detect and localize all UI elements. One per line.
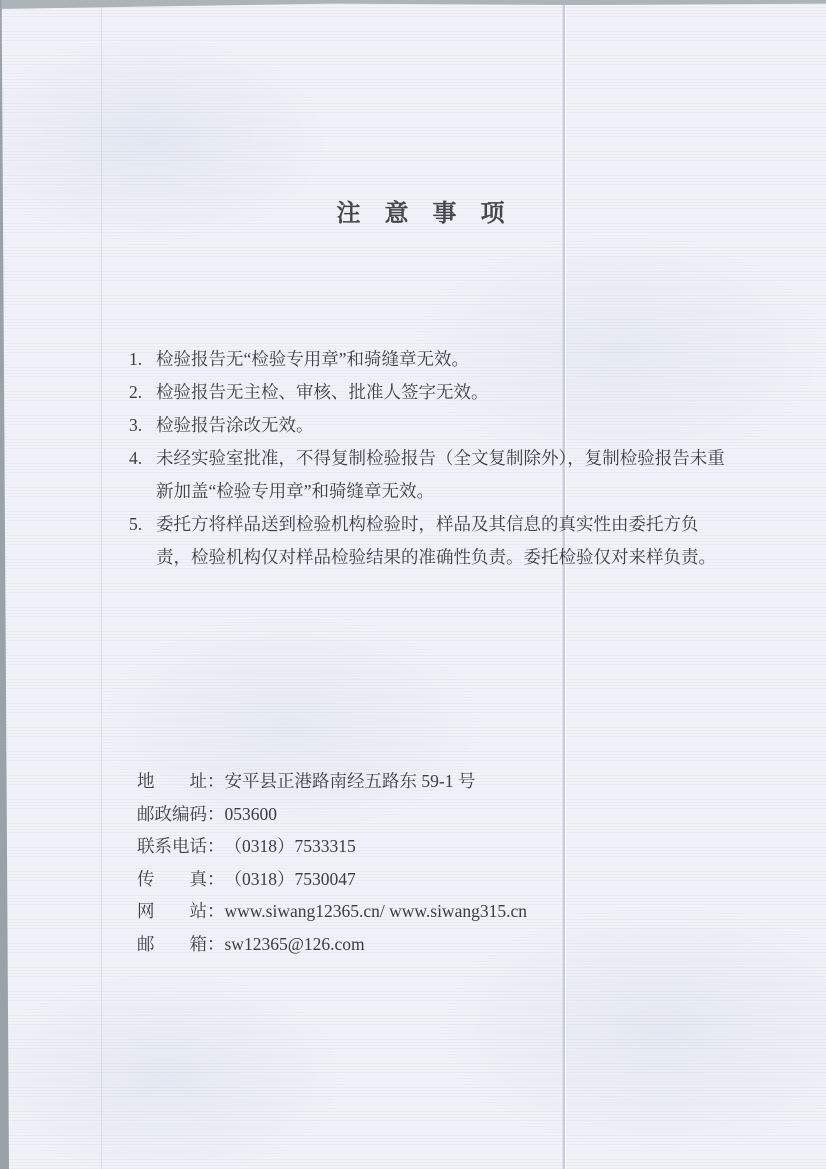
contact-value: （0318）7533315: [225, 836, 356, 856]
note-item: 4. 未经实验室批准，不得复制检验报告（全文复制除外），复制检验报告未重新加盖“…: [129, 442, 729, 508]
page-title: 注 意 事 项: [0, 193, 826, 228]
contact-row-fax: 传 真：（0318）7530047: [137, 868, 607, 890]
contact-value: 053600: [225, 804, 278, 824]
note-item: 5. 委托方将样品送到检验机构检验时，样品及其信息的真实性由委托方负责，检验机构…: [129, 508, 729, 574]
note-number: 1.: [129, 343, 156, 376]
note-number: 5.: [129, 508, 156, 541]
contact-value: www.siwang12365.cn/ www.siwang315.cn: [225, 901, 527, 921]
note-item: 3. 检验报告涂改无效。: [129, 409, 729, 442]
contact-label: 邮政编码：: [137, 803, 225, 825]
contact-label: 传 真：: [137, 868, 225, 890]
contact-value: sw12365@126.com: [225, 934, 365, 954]
fold-line-left: [101, 0, 102, 1169]
contact-row-website: 网 站：www.siwang12365.cn/ www.siwang315.cn: [137, 900, 607, 922]
note-item: 2. 检验报告无主检、审核、批准人签字无效。: [129, 376, 729, 409]
contact-label: 地 址：: [137, 770, 225, 792]
contact-value: （0318）7530047: [225, 869, 356, 889]
paper-security-pattern: [0, 0, 826, 1169]
contact-row-postal-code: 邮政编码：053600: [137, 803, 607, 825]
contact-label: 联系电话：: [137, 835, 225, 857]
note-number: 3.: [129, 409, 156, 442]
contact-row-email: 邮 箱：sw12365@126.com: [137, 933, 607, 955]
fold-line-right: [563, 0, 565, 1169]
note-text: 委托方将样品送到检验机构检验时，样品及其信息的真实性由委托方负责，检验机构仅对样…: [156, 508, 726, 574]
contact-value: 安平县正港路南经五路东 59-1 号: [225, 771, 476, 791]
note-item: 1. 检验报告无“检验专用章”和骑缝章无效。: [129, 343, 729, 376]
scanned-page: 注 意 事 项 1. 检验报告无“检验专用章”和骑缝章无效。 2. 检验报告无主…: [0, 0, 826, 1169]
note-number: 4.: [129, 442, 156, 475]
contact-row-phone: 联系电话：（0318）7533315: [137, 835, 607, 857]
note-text: 检验报告无主检、审核、批准人签字无效。: [156, 376, 726, 409]
contact-row-address: 地 址：安平县正港路南经五路东 59-1 号: [137, 770, 607, 792]
notes-list: 1. 检验报告无“检验专用章”和骑缝章无效。 2. 检验报告无主检、审核、批准人…: [129, 343, 729, 574]
contact-label: 网 站：: [137, 900, 225, 922]
contact-label: 邮 箱：: [137, 933, 225, 955]
note-text: 检验报告无“检验专用章”和骑缝章无效。: [156, 343, 726, 376]
note-number: 2.: [129, 376, 156, 409]
note-text: 检验报告涂改无效。: [156, 409, 726, 442]
note-text: 未经实验室批准，不得复制检验报告（全文复制除外），复制检验报告未重新加盖“检验专…: [156, 442, 726, 508]
contact-block: 地 址：安平县正港路南经五路东 59-1 号 邮政编码：053600 联系电话：…: [137, 770, 607, 965]
